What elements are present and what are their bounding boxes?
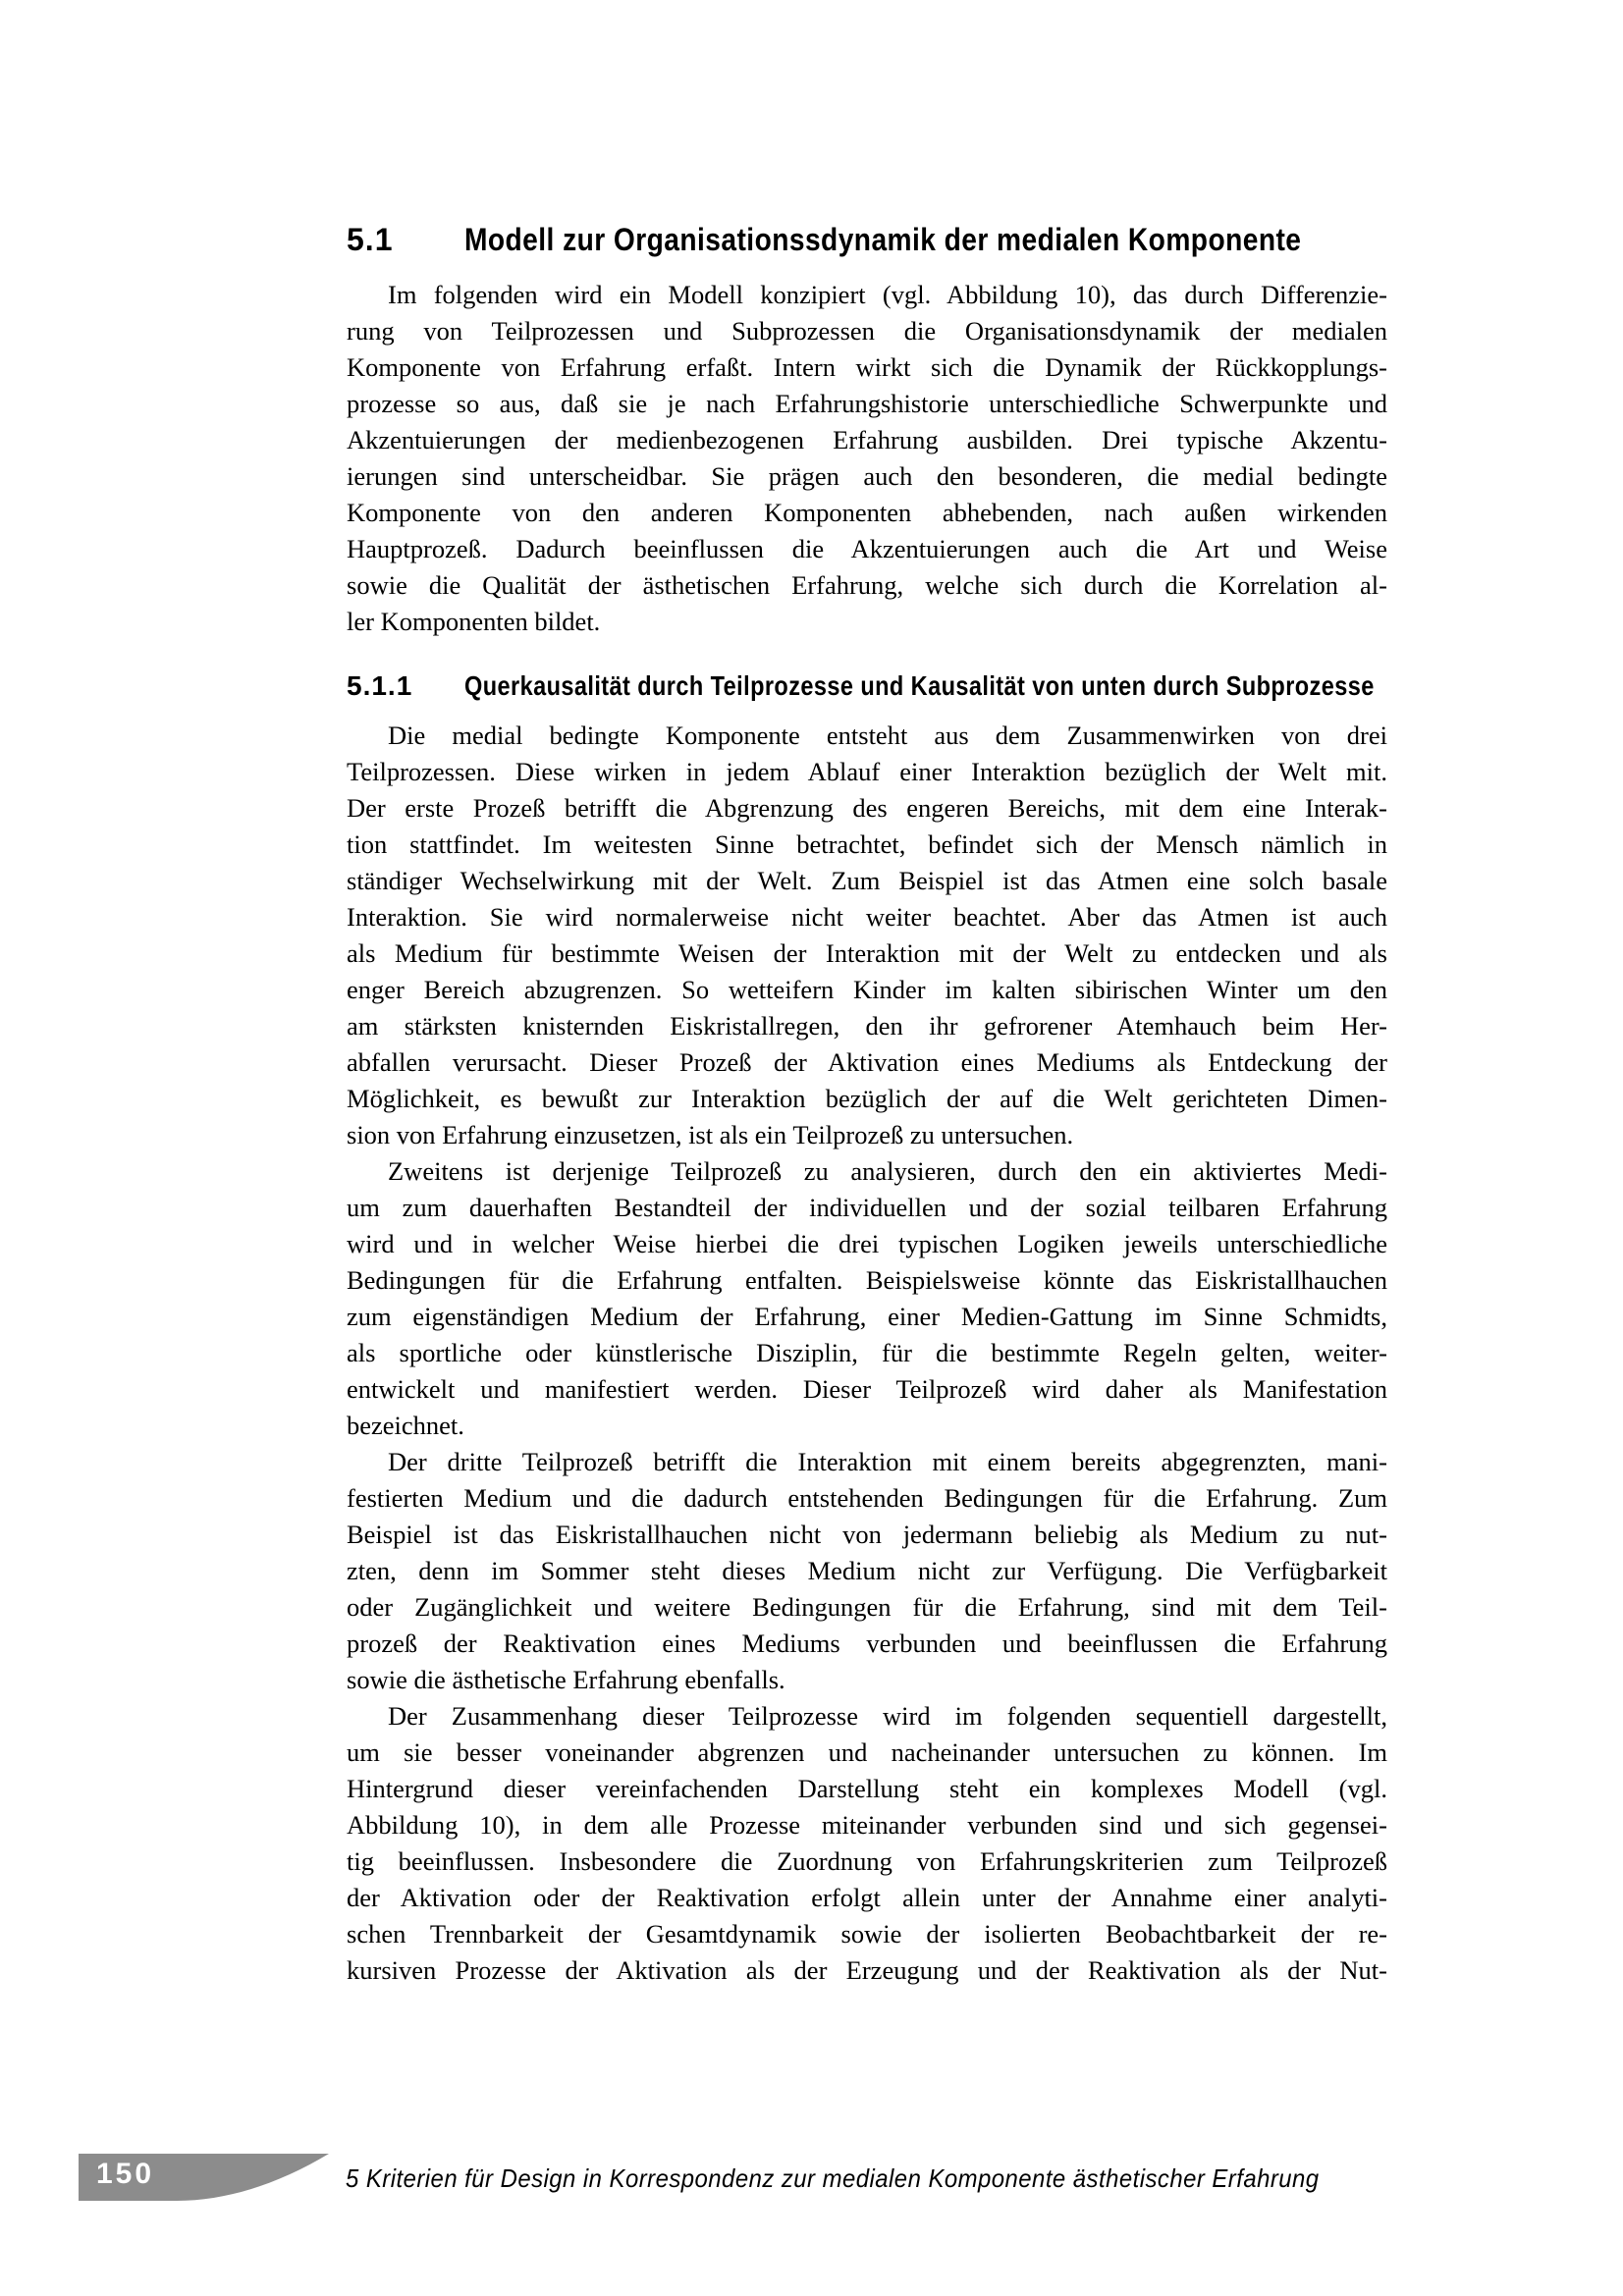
text-line: Abbildung 10), in dem alle Prozesse mite… bbox=[347, 1807, 1387, 1843]
text-line: prozeß der Reaktivation eines Mediums ve… bbox=[347, 1626, 1387, 1662]
section-title: Querkausalität durch Teilprozesse und Ka… bbox=[464, 670, 1375, 702]
text-line: Komponente von Erfahrung erfaßt. Intern … bbox=[347, 349, 1387, 386]
text-line: um sie besser voneinander abgrenzen und … bbox=[347, 1735, 1387, 1771]
text-line: Komponente von den anderen Komponenten a… bbox=[347, 495, 1387, 531]
section-number: 5.1.1 bbox=[347, 670, 464, 702]
text-line: der Aktivation oder der Reaktivation erf… bbox=[347, 1880, 1387, 1916]
running-footer-title: 5 Kriterien für Design in Korrespondenz … bbox=[346, 2163, 1320, 2194]
section-number: 5.1 bbox=[347, 222, 464, 258]
text-line: Akzentuierungen der medienbezogenen Erfa… bbox=[347, 422, 1387, 458]
text-line: Der erste Prozeß betrifft die Abgrenzung… bbox=[347, 790, 1387, 827]
text-line: Teilprozessen. Diese wirken in jedem Abl… bbox=[347, 754, 1387, 790]
text-line: Interaktion. Sie wird normalerweise nich… bbox=[347, 899, 1387, 935]
text-line: festierten Medium und die dadurch entste… bbox=[347, 1480, 1387, 1517]
text-line: bezeichnet. bbox=[347, 1408, 1387, 1444]
text-line: Bedingungen für die Erfahrung entfalten.… bbox=[347, 1262, 1387, 1299]
text-line: ständiger Wechselwirkung mit der Welt. Z… bbox=[347, 863, 1387, 899]
text-line: Der dritte Teilprozeß betrifft die Inter… bbox=[347, 1444, 1387, 1480]
section-5-1-body: Im folgenden wird ein Modell konzipiert … bbox=[347, 277, 1387, 640]
section-heading-5-1-1: 5.1.1 Querkausalität durch Teilprozesse … bbox=[347, 670, 1446, 702]
section-title: Modell zur Organisationssdynamik der med… bbox=[464, 222, 1301, 258]
text-line: sion von Erfahrung einzusetzen, ist als … bbox=[347, 1117, 1387, 1153]
text-line: Hauptprozeß. Dadurch beeinflussen die Ak… bbox=[347, 531, 1387, 567]
section-heading-5-1: 5.1 Modell zur Organisationssdynamik der… bbox=[347, 222, 1446, 258]
text-line: Hintergrund dieser vereinfachenden Darst… bbox=[347, 1771, 1387, 1807]
text-line: tion stattfindet. Im weitesten Sinne bet… bbox=[347, 827, 1387, 863]
text-line: wird und in welcher Weise hierbei die dr… bbox=[347, 1226, 1387, 1262]
text-line: Der Zusammenhang dieser Teilprozesse wir… bbox=[347, 1698, 1387, 1735]
text-line: prozesse so aus, daß sie je nach Erfahru… bbox=[347, 386, 1387, 422]
text-line: entwickelt und manifestiert werden. Dies… bbox=[347, 1371, 1387, 1408]
text-line: abfallen verursacht. Dieser Prozeß der A… bbox=[347, 1044, 1387, 1081]
text-line: Beispiel ist das Eiskristallhauchen nich… bbox=[347, 1517, 1387, 1553]
page-number: 150 bbox=[96, 2158, 154, 2191]
text-line: am stärksten knisternden Eiskristallrege… bbox=[347, 1008, 1387, 1044]
text-line: enger Bereich abzugrenzen. So wetteifern… bbox=[347, 972, 1387, 1008]
section-5-1-1-body: Die medial bedingte Komponente entsteht … bbox=[347, 718, 1387, 1989]
text-line: sowie die Qualität der ästhetischen Erfa… bbox=[347, 567, 1387, 604]
text-line: Möglichkeit, es bewußt zur Interaktion b… bbox=[347, 1081, 1387, 1117]
text-line: zten, denn im Sommer steht dieses Medium… bbox=[347, 1553, 1387, 1589]
text-line: um zum dauerhaften Bestandteil der indiv… bbox=[347, 1190, 1387, 1226]
text-line: als sportliche oder künstlerische Diszip… bbox=[347, 1335, 1387, 1371]
text-line: oder Zugänglichkeit und weitere Bedingun… bbox=[347, 1589, 1387, 1626]
text-line: schen Trennbarkeit der Gesamtdynamik sow… bbox=[347, 1916, 1387, 1952]
text-line: Die medial bedingte Komponente entsteht … bbox=[347, 718, 1387, 754]
text-line: sowie die ästhetische Erfahrung ebenfall… bbox=[347, 1662, 1387, 1698]
text-line: ierungen sind unterscheidbar. Sie prägen… bbox=[347, 458, 1387, 495]
text-line: als Medium für bestimmte Weisen der Inte… bbox=[347, 935, 1387, 972]
text-line: Zweitens ist derjenige Teilprozeß zu ana… bbox=[347, 1153, 1387, 1190]
text-line: zum eigenständigen Medium der Erfahrung,… bbox=[347, 1299, 1387, 1335]
document-page: 5.1 Modell zur Organisationssdynamik der… bbox=[0, 0, 1623, 2296]
text-line: tig beeinflussen. Insbesondere die Zuord… bbox=[347, 1843, 1387, 1880]
text-line: kursiven Prozesse der Aktivation als der… bbox=[347, 1952, 1387, 1989]
text-line: rung von Teilprozessen und Subprozessen … bbox=[347, 313, 1387, 349]
text-line: ler Komponenten bildet. bbox=[347, 604, 1387, 640]
text-line: Im folgenden wird ein Modell konzipiert … bbox=[347, 277, 1387, 313]
